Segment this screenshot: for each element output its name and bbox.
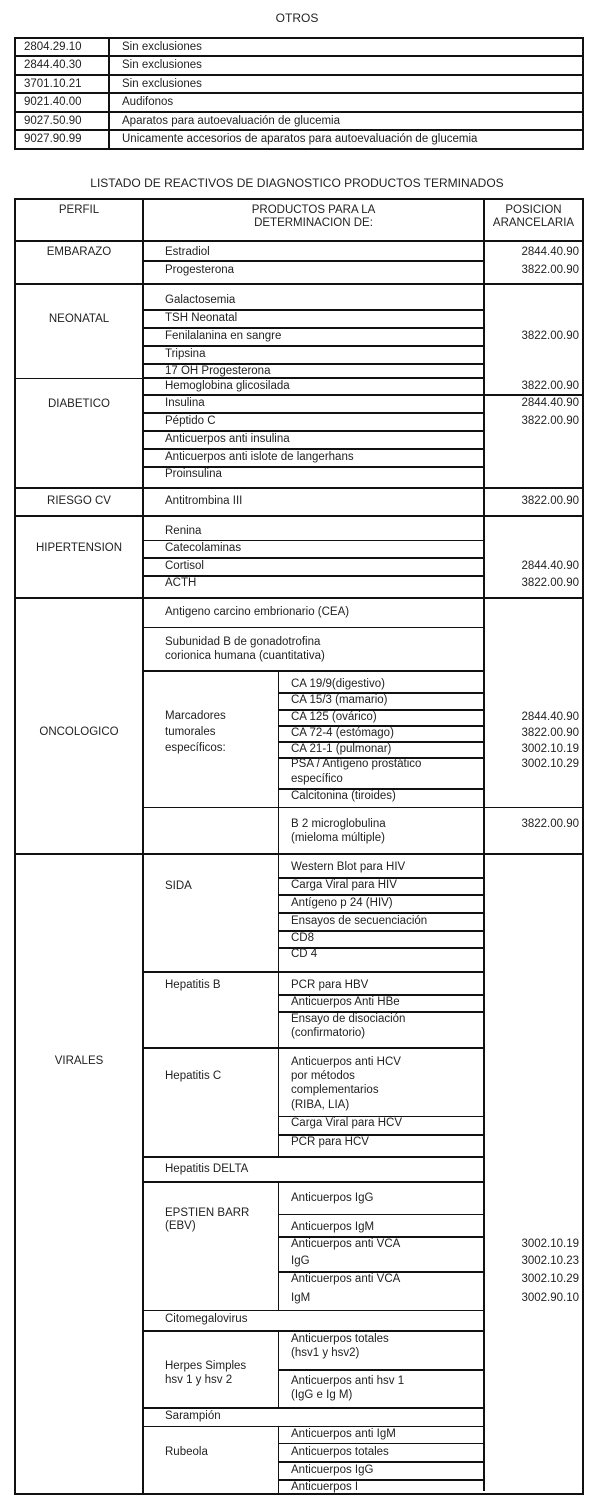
marcadores-label: específicos:	[165, 742, 226, 755]
product-item: Insulina	[165, 397, 205, 410]
group-label: EPSTIEN BARR	[165, 1207, 249, 1220]
test-item: Anticuerpos anti IgM	[291, 1428, 396, 1441]
tariff-code: 3701.10.21	[24, 78, 82, 91]
group-label: Rubeola	[165, 1446, 208, 1459]
group-hepatitis-delta: Hepatitis DELTA	[165, 1163, 248, 1176]
product-item: (mieloma múltiple)	[291, 832, 385, 845]
marcadores-label: Marcadores	[165, 710, 226, 723]
test-item: (IgG e Ig M)	[291, 1389, 352, 1402]
marker-item: CA 19/9(digestivo)	[291, 678, 385, 691]
test-item: Anticuerpos I	[291, 1481, 358, 1494]
product-item: Galactosemia	[165, 294, 235, 307]
header-productos-line1: PRODUCTOS PARA LA	[144, 204, 483, 217]
product-item: Subunidad B de gonadotrofina	[165, 636, 320, 649]
tariff-code: 3002.10.19	[485, 743, 579, 756]
test-item: Anticuerpos anti HCV	[291, 1056, 401, 1069]
product-item: Antigeno carcino embrionario (CEA)	[165, 606, 349, 619]
tariff-code: 9027.90.99	[24, 133, 82, 146]
header-posicion-line1: POSICION	[485, 204, 582, 217]
tariff-code: 3822.00.90	[485, 495, 579, 508]
perfil-label: NEONATAL	[16, 313, 142, 326]
group-label: (EBV)	[165, 1220, 196, 1233]
test-item: PCR para HBV	[291, 979, 368, 992]
tariff-code: 3002.10.29	[485, 758, 579, 771]
description: Audifonos	[122, 96, 173, 109]
description: Sin exclusiones	[122, 41, 202, 54]
tariff-code: 3002.10.29	[485, 1273, 579, 1286]
group-label: SIDA	[165, 880, 192, 893]
marker-item: CA 15/3 (mamario)	[291, 694, 388, 707]
otros-title: OTROS	[0, 11, 594, 25]
test-item: complementarios	[291, 1084, 379, 1097]
group-label: hsv 1 y hsv 2	[165, 1374, 232, 1387]
test-item: (RIBA, LIA)	[291, 1099, 349, 1112]
marcadores-label: tumorales	[165, 726, 216, 739]
product-item: ACTH	[165, 577, 196, 590]
product-item: Progesterona	[165, 264, 234, 277]
test-item: (hsv1 y hsv2)	[291, 1347, 359, 1360]
product-item: Hemoglobina glicosilada	[165, 380, 290, 393]
perfil-label: RIESGO CV	[16, 495, 142, 508]
tariff-code: 3822.00.90	[485, 415, 579, 428]
tariff-code: 3822.00.90	[485, 330, 579, 343]
header-perfil: PERFIL	[16, 204, 142, 217]
test-item: Anticuerpos IgG	[291, 1464, 373, 1477]
marker-item: específico	[291, 773, 343, 786]
tariff-code: 3822.00.90	[485, 818, 579, 831]
marker-item: CA 125 (ovárico)	[291, 711, 377, 724]
test-item: Anticuerpos anti hsv 1	[291, 1375, 404, 1388]
header-productos-line2: DETERMINACION DE:	[144, 217, 483, 230]
marker-item: Calcitonina (tiroides)	[291, 790, 396, 803]
tariff-code: 2844.40.90	[485, 246, 579, 259]
test-item: Ensayo de disociación	[291, 1013, 405, 1026]
header-posicion-line2: ARANCELARIA	[485, 217, 582, 230]
test-item: Anticuerpos anti VCA	[291, 1273, 400, 1286]
test-item: CD 4	[291, 948, 317, 961]
product-item: TSH Neonatal	[165, 312, 237, 325]
perfil-label: HIPERTENSION	[16, 542, 142, 555]
perfil-label: EMBARAZO	[16, 246, 142, 259]
marker-item: CA 72-4 (estómago)	[291, 727, 394, 740]
tariff-code: 3822.00.90	[485, 380, 579, 393]
product-item: Fenilalanina en sangre	[165, 330, 281, 343]
test-item: Anticuerpos anti VCA	[291, 1238, 400, 1251]
tariff-code: 9027.50.90	[24, 115, 82, 128]
group-sarampion: Sarampión	[165, 1410, 221, 1423]
group-label: Hepatitis B	[165, 979, 221, 992]
perfil-label: ONCOLOGICO	[16, 726, 142, 739]
test-item: Anticuerpos totales	[291, 1333, 389, 1346]
test-item: Anticuerpos Anti HBe	[291, 996, 400, 1009]
tariff-code: 3002.10.23	[485, 1255, 579, 1268]
test-item: Antígeno p 24 (HIV)	[291, 897, 393, 910]
group-label: Herpes Simples	[165, 1360, 246, 1373]
tariff-code: 9021.40.00	[24, 96, 82, 109]
test-item: CD8	[291, 932, 314, 945]
product-item: Estradiol	[165, 246, 210, 259]
description: Unicamente accesorios de aparatos para a…	[122, 133, 477, 146]
marker-item: CA 21-1 (pulmonar)	[291, 743, 391, 756]
product-item: corionica humana (cuantitativa)	[165, 650, 325, 663]
tariff-code: 3822.00.90	[485, 727, 579, 740]
product-item: Catecolaminas	[165, 542, 241, 555]
test-item: IgG	[291, 1255, 310, 1268]
product-item: Antitrombina III	[165, 495, 242, 508]
tariff-code: 2804.29.10	[24, 41, 82, 54]
perfil-label: VIRALES	[16, 1055, 142, 1068]
test-item: Carga Viral para HIV	[291, 879, 397, 892]
product-item: Tripsina	[165, 348, 205, 361]
product-item: Anticuerpos anti insulina	[165, 433, 290, 446]
description: Aparatos para autoevaluación de glucemia	[122, 115, 340, 128]
test-item: Anticuerpos IgG	[291, 1192, 373, 1205]
tariff-code: 2844.40.30	[24, 59, 82, 72]
tariff-code: 3822.00.90	[485, 264, 579, 277]
description: Sin exclusiones	[122, 59, 202, 72]
product-item: Renina	[165, 525, 201, 538]
tariff-code: 3002.90.10	[485, 1292, 579, 1305]
perfil-label: DIABETICO	[16, 398, 142, 411]
tariff-code: 3822.00.90	[485, 577, 579, 590]
product-item: Péptido C	[165, 415, 216, 428]
test-item: Ensayos de secuenciación	[291, 915, 427, 928]
test-item: PCR para HCV	[291, 1136, 369, 1149]
test-item: IgM	[291, 1292, 310, 1305]
product-item: Anticuerpos anti islote de langerhans	[165, 451, 354, 464]
tariff-code: 2844.40.90	[485, 560, 579, 573]
marker-item: PSA / Antígeno prostático	[291, 758, 421, 771]
tariff-code: 2844.40.90	[485, 711, 579, 724]
test-item: Anticuerpos IgM	[291, 1221, 374, 1234]
description: Sin exclusiones	[122, 78, 202, 91]
group-label: Hepatitis C	[165, 1070, 221, 1083]
product-item: Proinsulina	[165, 468, 222, 481]
tariff-code: 3002.10.19	[485, 1238, 579, 1251]
test-item: por métodos	[291, 1070, 355, 1083]
product-item: Cortisol	[165, 560, 204, 573]
test-item: Anticuerpos totales	[291, 1446, 389, 1459]
test-item: Western Blot para HIV	[291, 861, 405, 874]
test-item: Carga Viral para HCV	[291, 1117, 402, 1130]
group-citomegalovirus: Citomegalovirus	[165, 1313, 247, 1326]
listado-title: LISTADO DE REACTIVOS DE DIAGNOSTICO PROD…	[0, 176, 594, 190]
product-item: B 2 microglobulina	[291, 818, 386, 831]
test-item: (confirmatorio)	[291, 1027, 365, 1040]
tariff-code: 2844.40.90	[485, 397, 579, 410]
